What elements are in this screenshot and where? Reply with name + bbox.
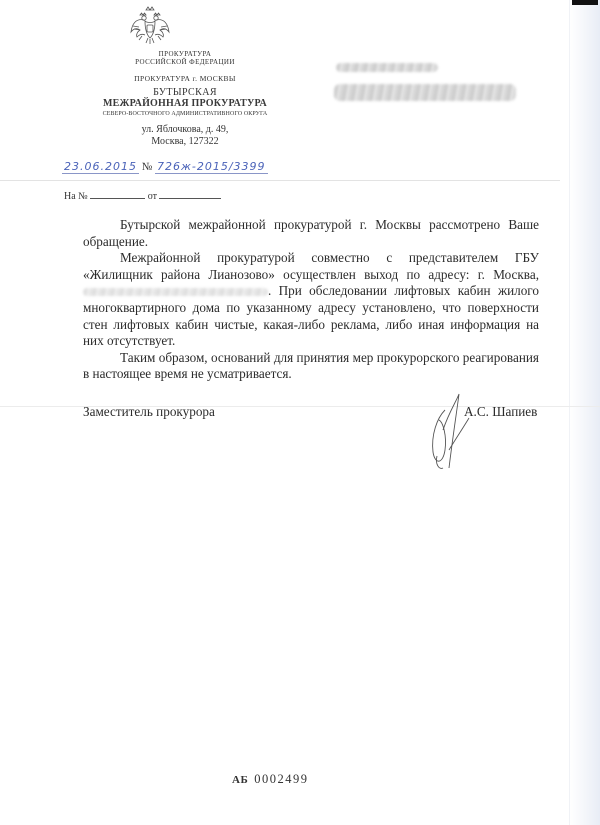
letterhead-address-street: ул. Яблочкова, д. 49, — [60, 124, 310, 135]
reference-date-label: от — [148, 191, 157, 202]
letter-body: Бутырской межрайонной прокуратурой г. Мо… — [83, 217, 539, 383]
form-serial-number: АБ0002499 — [232, 772, 308, 787]
scan-artifact-line — [0, 180, 560, 181]
paragraph-2-start: Межрайонной прокуратурой совместно с пре… — [83, 250, 539, 282]
outgoing-number: 726ж-2015/3399 — [155, 160, 268, 174]
paragraph-1: Бутырской межрайонной прокуратурой г. Мо… — [83, 217, 539, 250]
number-sign: № — [142, 161, 153, 173]
letterhead-address-city: Москва, 127322 — [60, 136, 310, 147]
letterhead-office2: МЕЖРАЙОННАЯ ПРОКУРАТУРА — [60, 98, 310, 109]
signatory-name: А.С. Шапиев — [464, 404, 537, 420]
reference-number-label: На № — [64, 191, 88, 202]
handwritten-signature-icon — [423, 390, 473, 475]
outgoing-number-line: 23.06.2015 № 726ж-2015/3399 — [62, 160, 268, 174]
serial-number: 0002499 — [254, 772, 308, 786]
serial-series: АБ — [232, 774, 248, 786]
reference-number-blank — [90, 189, 145, 199]
outgoing-date: 23.06.2015 — [62, 160, 139, 174]
reference-date-blank — [159, 189, 221, 199]
redacted-inspection-address — [83, 288, 268, 296]
redacted-addressee-name — [336, 63, 438, 72]
letterhead-line2: РОССИЙСКОЙ ФЕДЕРАЦИИ — [60, 58, 310, 66]
letterhead-moscow: ПРОКУРАТУРА г. МОСКВЫ — [60, 74, 310, 83]
scan-edge — [569, 0, 600, 825]
russian-coat-of-arms-icon — [128, 6, 172, 46]
redacted-addressee-address — [334, 84, 516, 101]
scan-edge-mark — [572, 0, 598, 5]
letterhead-line1: ПРОКУРАТУРА — [60, 50, 310, 58]
letterhead-okrug: СЕВЕРО-ВОСТОЧНОГО АДМИНИСТРАТИВНОГО ОКРУ… — [60, 111, 310, 117]
reference-line: На № от — [64, 189, 221, 202]
letter-page: ПРОКУРАТУРА РОССИЙСКОЙ ФЕДЕРАЦИИ ПРОКУРА… — [0, 0, 600, 825]
signatory-position: Заместитель прокурора — [83, 404, 215, 420]
letterhead-office1: БУТЫРСКАЯ — [60, 87, 310, 98]
paragraph-3: Таким образом, оснований для принятия ме… — [83, 350, 539, 383]
paragraph-2: Межрайонной прокуратурой совместно с пре… — [83, 250, 539, 350]
